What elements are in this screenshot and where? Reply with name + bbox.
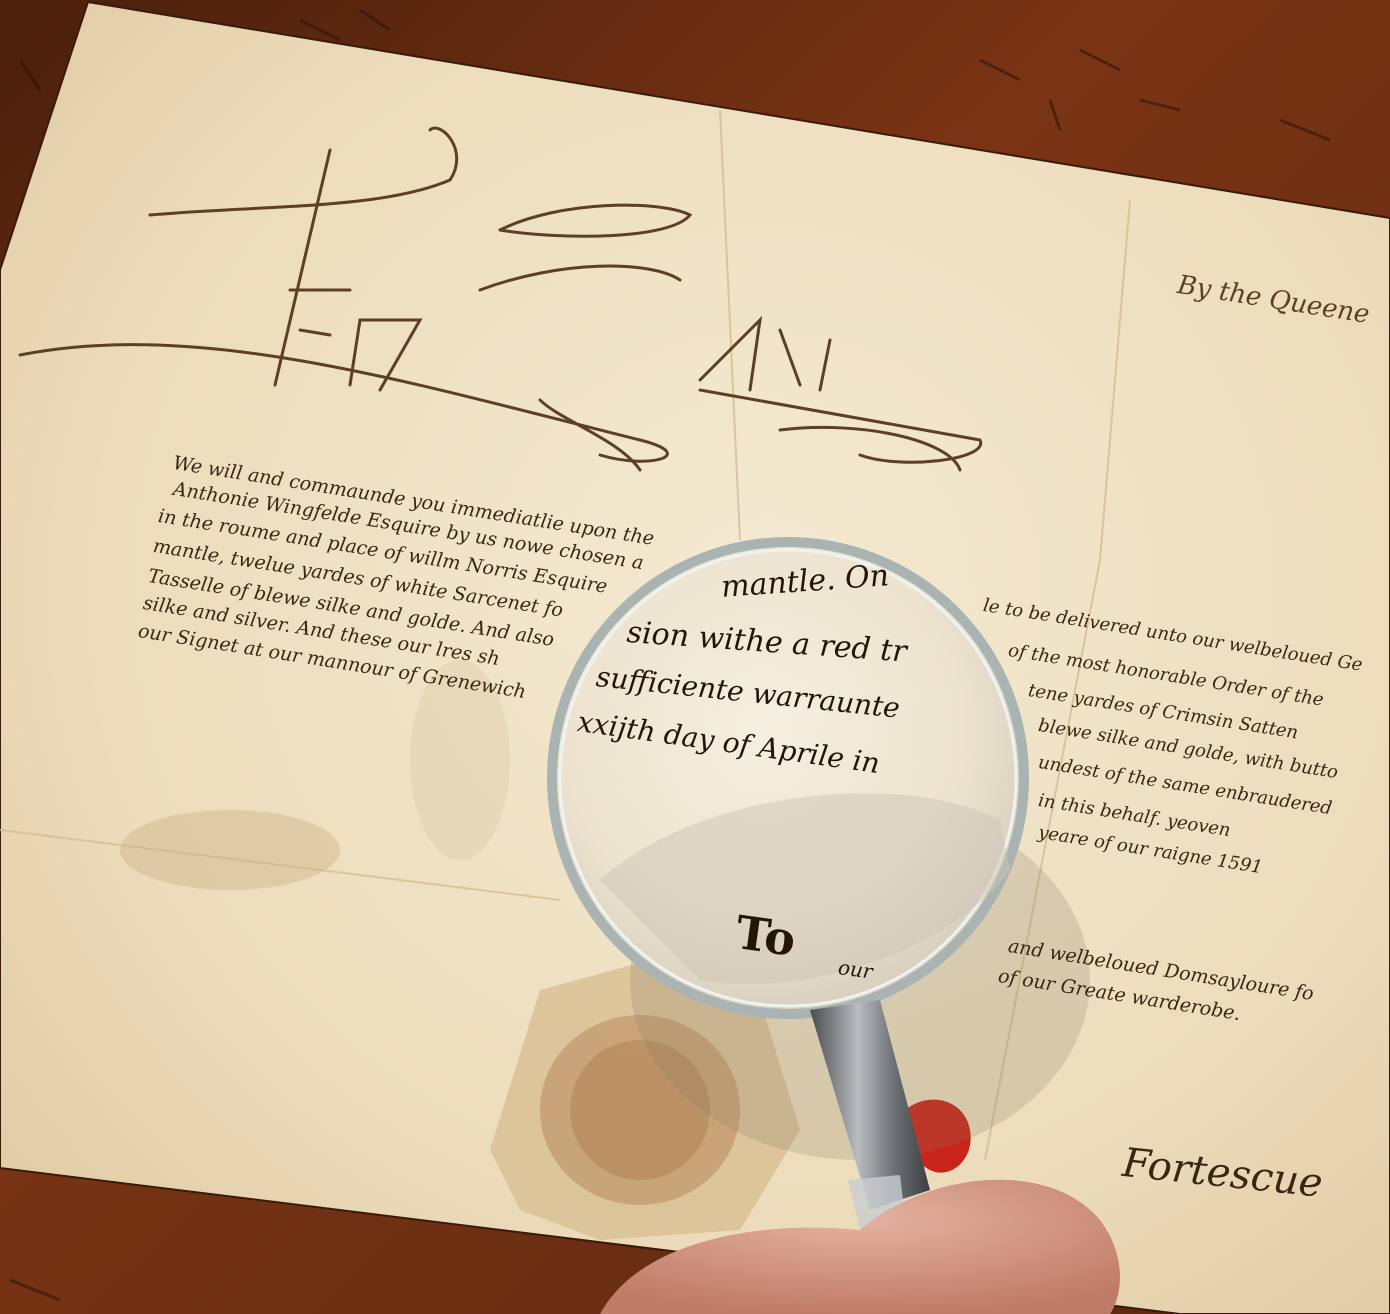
photo-scene: By the Queene We will and commaunde you …	[0, 0, 1390, 1314]
magnified-word-our: our	[837, 955, 874, 984]
magnified-initial: To	[732, 905, 799, 967]
scene-background	[0, 0, 1390, 1314]
